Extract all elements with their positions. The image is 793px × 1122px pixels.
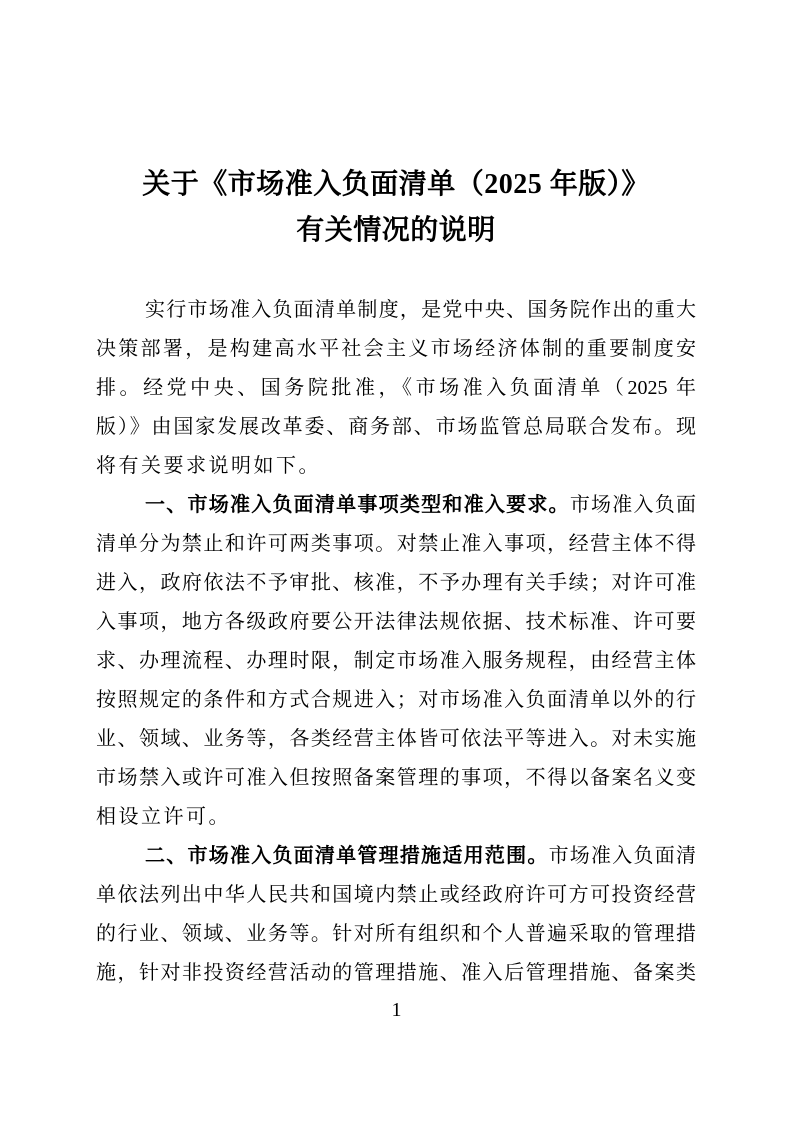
paragraph-line: 决策部署，是构建高水平社会主义市场经济体制的重要制度安 (96, 330, 696, 369)
section-1-heading-tail: 市场准入负面 (570, 494, 696, 516)
paragraph-line: 清单分为禁止和许可两类事项。对禁止准入事项，经营主体不得 (96, 525, 696, 564)
paragraph-line: 施，针对非投资经营活动的管理措施、准入后管理措施、备案类 (96, 954, 696, 993)
document-title: 关于《市场准入负面清单（2025 年版）》 有关情况的说明 (96, 162, 696, 254)
paragraph-line: 将有关要求说明如下。 (96, 447, 696, 486)
paragraph-line: 的行业、领域、业务等。针对所有组织和个人普遍采取的管理措 (96, 915, 696, 954)
paragraph-section-2: 二、市场准入负面清单管理措施适用范围。市场准入负面清 单依法列出中华人民共和国境… (96, 837, 696, 993)
paragraph-line: 求、办理流程、办理时限，制定市场准入服务规程，由经营主体 (96, 642, 696, 681)
paragraph-line: 实行市场准入负面清单制度，是党中央、国务院作出的重大 (96, 291, 696, 330)
paragraph-line: 入事项，地方各级政府要公开法律法规依据、技术标准、许可要 (96, 603, 696, 642)
paragraph-line: 业、领域、业务等，各类经营主体皆可依法平等进入。对未实施 (96, 720, 696, 759)
page-number: 1 (0, 998, 793, 1022)
section-2-heading: 二、市场准入负面清单管理措施适用范围。 (145, 845, 549, 867)
document-page: 关于《市场准入负面清单（2025 年版）》 有关情况的说明 实行市场准入负面清单… (0, 0, 793, 1122)
document-title-line-1: 关于《市场准入负面清单（2025 年版）》 (96, 162, 696, 208)
paragraph-line: 一、市场准入负面清单事项类型和准入要求。市场准入负面 (96, 486, 696, 525)
document-body: 实行市场准入负面清单制度，是党中央、国务院作出的重大 决策部署，是构建高水平社会… (96, 291, 696, 993)
paragraph-line: 二、市场准入负面清单管理措施适用范围。市场准入负面清 (96, 837, 696, 876)
paragraph-line: 单依法列出中华人民共和国境内禁止或经政府许可方可投资经营 (96, 876, 696, 915)
document-content: 关于《市场准入负面清单（2025 年版）》 有关情况的说明 实行市场准入负面清单… (96, 162, 696, 993)
section-2-heading-tail: 市场准入负面清 (549, 845, 696, 867)
paragraph-line: 版）》由国家发展改革委、商务部、市场监管总局联合发布。现 (96, 408, 696, 447)
paragraph-line: 进入，政府依法不予审批、核准，不予办理有关手续；对许可准 (96, 564, 696, 603)
paragraph-line: 市场禁入或许可准入但按照备案管理的事项，不得以备案名义变 (96, 759, 696, 798)
paragraph-section-1: 一、市场准入负面清单事项类型和准入要求。市场准入负面 清单分为禁止和许可两类事项… (96, 486, 696, 837)
document-title-line-2: 有关情况的说明 (96, 208, 696, 254)
paragraph-line: 按照规定的条件和方式合规进入；对市场准入负面清单以外的行 (96, 681, 696, 720)
paragraph-line: 相设立许可。 (96, 798, 696, 837)
paragraph-line: 排。经党中央、国务院批准，《市场准入负面清单（2025 年 (96, 369, 696, 408)
paragraph-intro: 实行市场准入负面清单制度，是党中央、国务院作出的重大 决策部署，是构建高水平社会… (96, 291, 696, 486)
section-1-heading: 一、市场准入负面清单事项类型和准入要求。 (145, 494, 570, 516)
